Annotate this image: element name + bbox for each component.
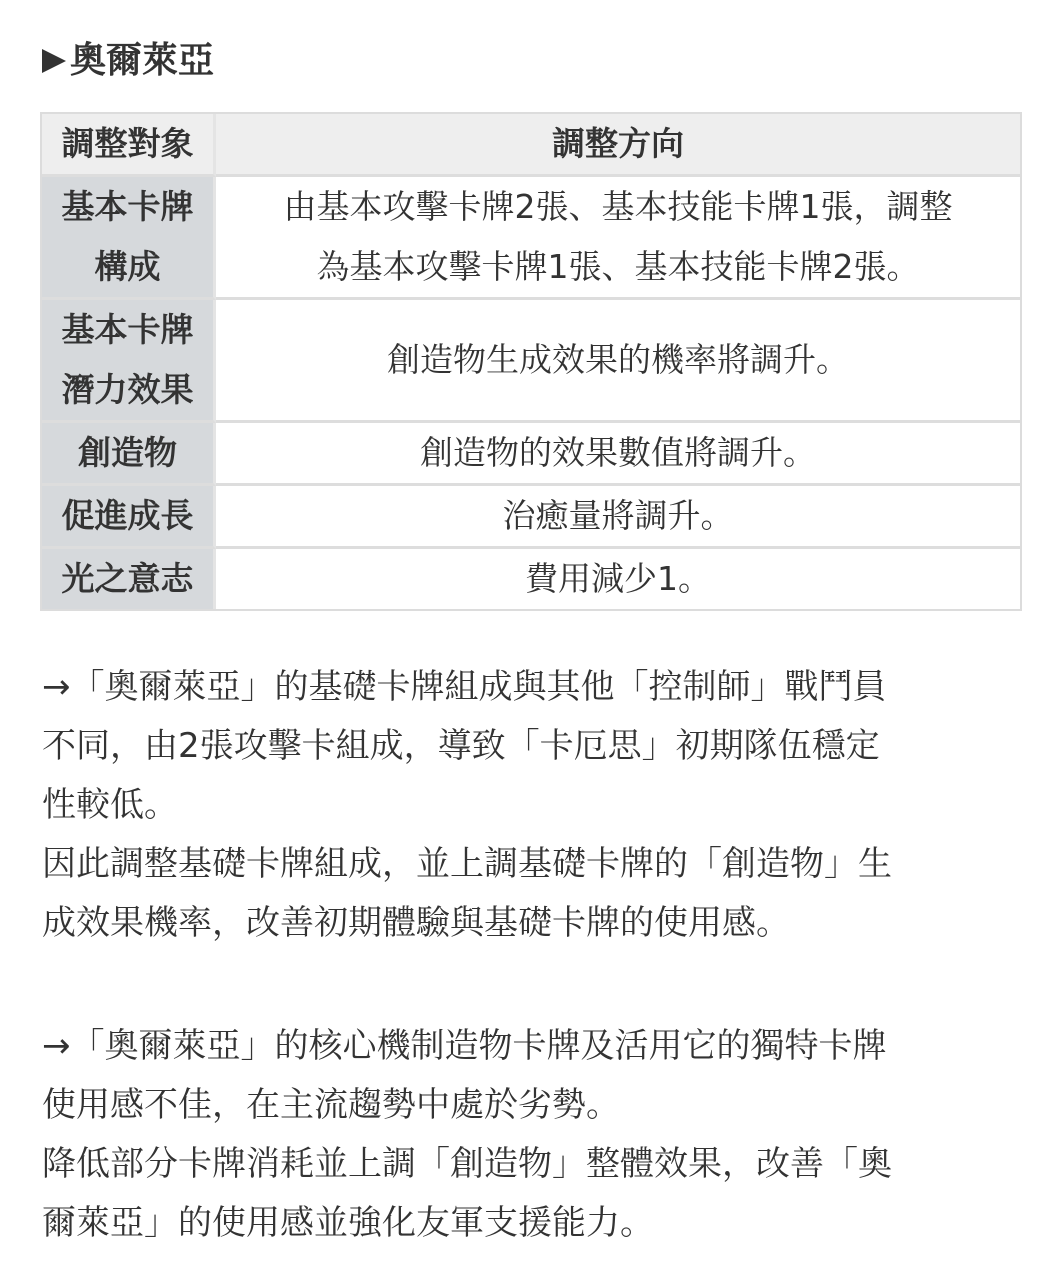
table-row: 創造物 創造物的效果數值將調升。 [42, 423, 1020, 486]
explanation-paragraph-1: →「奧爾萊亞」的基礎卡牌組成與其他「控制師」戰鬥員 不同，由2張攻擊卡組成，導致… [42, 658, 1022, 953]
table-row: 基本卡牌 構成 由基本攻擊卡牌2張、基本技能卡牌1張，調整 為基本攻擊卡牌1張、… [42, 177, 1020, 300]
row-target-line: 基本卡牌 [42, 177, 213, 237]
row-direction: 由基本攻擊卡牌2張、基本技能卡牌1張，調整 為基本攻擊卡牌1張、基本技能卡牌2張… [216, 177, 1020, 300]
table-row: 基本卡牌 潛力效果 創造物生成效果的機率將調升。 [42, 300, 1020, 423]
row-target: 基本卡牌 構成 [42, 177, 216, 300]
header-target: 調整對象 [42, 114, 216, 177]
paragraph-line: →「奧爾萊亞」的基礎卡牌組成與其他「控制師」戰鬥員 [42, 658, 1022, 717]
adjustment-table: 調整對象 調整方向 基本卡牌 構成 由基本攻擊卡牌2張、基本技能卡牌1張，調整 … [40, 112, 1022, 611]
heading-title: 奧爾萊亞 [70, 40, 214, 81]
row-direction: 創造物的效果數值將調升。 [216, 423, 1020, 486]
paragraph-line: 成效果機率，改善初期體驗與基礎卡牌的使用感。 [42, 894, 1022, 953]
paragraph-line: →「奧爾萊亞」的核心機制造物卡牌及活用它的獨特卡牌 [42, 1017, 1022, 1076]
row-target: 促進成長 [42, 486, 216, 549]
section-heading: 奧爾萊亞 [42, 36, 214, 86]
paragraph-line: 使用感不佳，在主流趨勢中處於劣勢。 [42, 1076, 1022, 1135]
row-target: 創造物 [42, 423, 216, 486]
explanation-paragraph-2: →「奧爾萊亞」的核心機制造物卡牌及活用它的獨特卡牌 使用感不佳，在主流趨勢中處於… [42, 1017, 1022, 1253]
play-triangle-icon [42, 49, 66, 73]
row-direction-line: 由基本攻擊卡牌2張、基本技能卡牌1張，調整 [230, 177, 1006, 237]
row-direction: 創造物生成效果的機率將調升。 [216, 300, 1020, 423]
table-header-row: 調整對象 調整方向 [42, 114, 1020, 177]
row-target: 基本卡牌 潛力效果 [42, 300, 216, 423]
paragraph-line: 降低部分卡牌消耗並上調「創造物」整體效果，改善「奧 [42, 1135, 1022, 1194]
table-row: 光之意志 費用減少1。 [42, 549, 1020, 609]
header-direction: 調整方向 [216, 114, 1020, 177]
row-target-line: 潛力效果 [42, 360, 213, 420]
row-target: 光之意志 [42, 549, 216, 609]
paragraph-line: 因此調整基礎卡牌組成，並上調基礎卡牌的「創造物」生 [42, 835, 1022, 894]
row-direction-line: 為基本攻擊卡牌1張、基本技能卡牌2張。 [230, 237, 1006, 297]
row-target-line: 構成 [42, 237, 213, 297]
paragraph-line: 性較低。 [42, 776, 1022, 835]
paragraph-line: 不同，由2張攻擊卡組成，導致「卡厄思」初期隊伍穩定 [42, 717, 1022, 776]
row-direction: 費用減少1。 [216, 549, 1020, 609]
table-row: 促進成長 治癒量將調升。 [42, 486, 1020, 549]
paragraph-line: 爾萊亞」的使用感並強化友軍支援能力。 [42, 1194, 1022, 1253]
row-target-line: 基本卡牌 [42, 300, 213, 360]
row-direction: 治癒量將調升。 [216, 486, 1020, 549]
